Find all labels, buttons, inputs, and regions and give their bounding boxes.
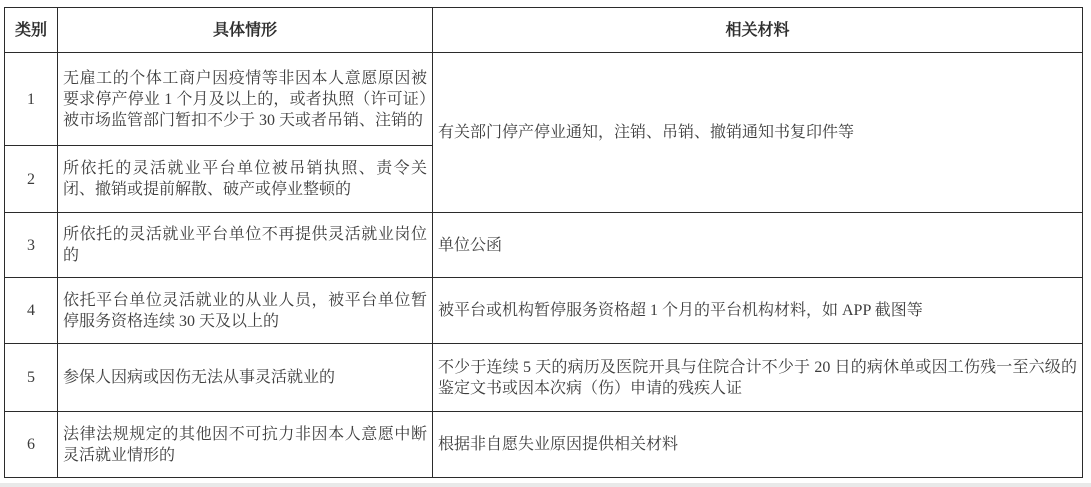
page-bottom-strip <box>0 483 1091 487</box>
table-row: 5 参保人因病或因伤无法从事灵活就业的 不少于连续 5 天的病历及医院开具与住院… <box>5 344 1083 412</box>
category-cell: 6 <box>5 412 58 478</box>
situation-cell: 无雇工的个体工商户因疫情等非因本人意愿原因被要求停产停业 1 个月及以上的，或者… <box>58 53 433 146</box>
materials-cell: 不少于连续 5 天的病历及医院开具与住院合计不少于 20 日的病休单或因工伤残一… <box>433 344 1083 412</box>
materials-cell: 根据非自愿失业原因提供相关材料 <box>433 412 1083 478</box>
category-cell: 2 <box>5 146 58 213</box>
category-cell: 5 <box>5 344 58 412</box>
materials-cell: 被平台或机构暂停服务资格超 1 个月的平台机构材料，如 APP 截图等 <box>433 278 1083 344</box>
category-cell: 3 <box>5 213 58 278</box>
situation-cell: 参保人因病或因伤无法从事灵活就业的 <box>58 344 433 412</box>
header-cell-materials: 相关材料 <box>433 8 1083 53</box>
document-page: 类别 具体情形 相关材料 1 无雇工的个体工商户因疫情等非因本人意愿原因被要求停… <box>0 0 1091 487</box>
table-row: 4 依托平台单位灵活就业的从业人员，被平台单位暂停服务资格连续 30 天及以上的… <box>5 278 1083 344</box>
header-cell-situation: 具体情形 <box>58 8 433 53</box>
table-row: 6 法律法规规定的其他因不可抗力非因本人意愿中断灵活就业情形的 根据非自愿失业原… <box>5 412 1083 478</box>
header-row: 类别 具体情形 相关材料 <box>5 8 1083 53</box>
header-cell-category: 类别 <box>5 8 58 53</box>
materials-cell: 单位公函 <box>433 213 1083 278</box>
category-cell: 1 <box>5 53 58 146</box>
situation-cell: 法律法规规定的其他因不可抗力非因本人意愿中断灵活就业情形的 <box>58 412 433 478</box>
category-cell: 4 <box>5 278 58 344</box>
materials-cell: 有关部门停产停业通知，注销、吊销、撤销通知书复印件等 <box>433 53 1083 213</box>
table-row: 1 无雇工的个体工商户因疫情等非因本人意愿原因被要求停产停业 1 个月及以上的，… <box>5 53 1083 146</box>
situation-cell: 所依托的灵活就业平台单位被吊销执照、责令关闭、撤销或提前解散、破产或停业整顿的 <box>58 146 433 213</box>
table-row: 3 所依托的灵活就业平台单位不再提供灵活就业岗位的 单位公函 <box>5 213 1083 278</box>
unemployment-eligibility-table: 类别 具体情形 相关材料 1 无雇工的个体工商户因疫情等非因本人意愿原因被要求停… <box>4 7 1083 478</box>
situation-cell: 依托平台单位灵活就业的从业人员，被平台单位暂停服务资格连续 30 天及以上的 <box>58 278 433 344</box>
situation-cell: 所依托的灵活就业平台单位不再提供灵活就业岗位的 <box>58 213 433 278</box>
